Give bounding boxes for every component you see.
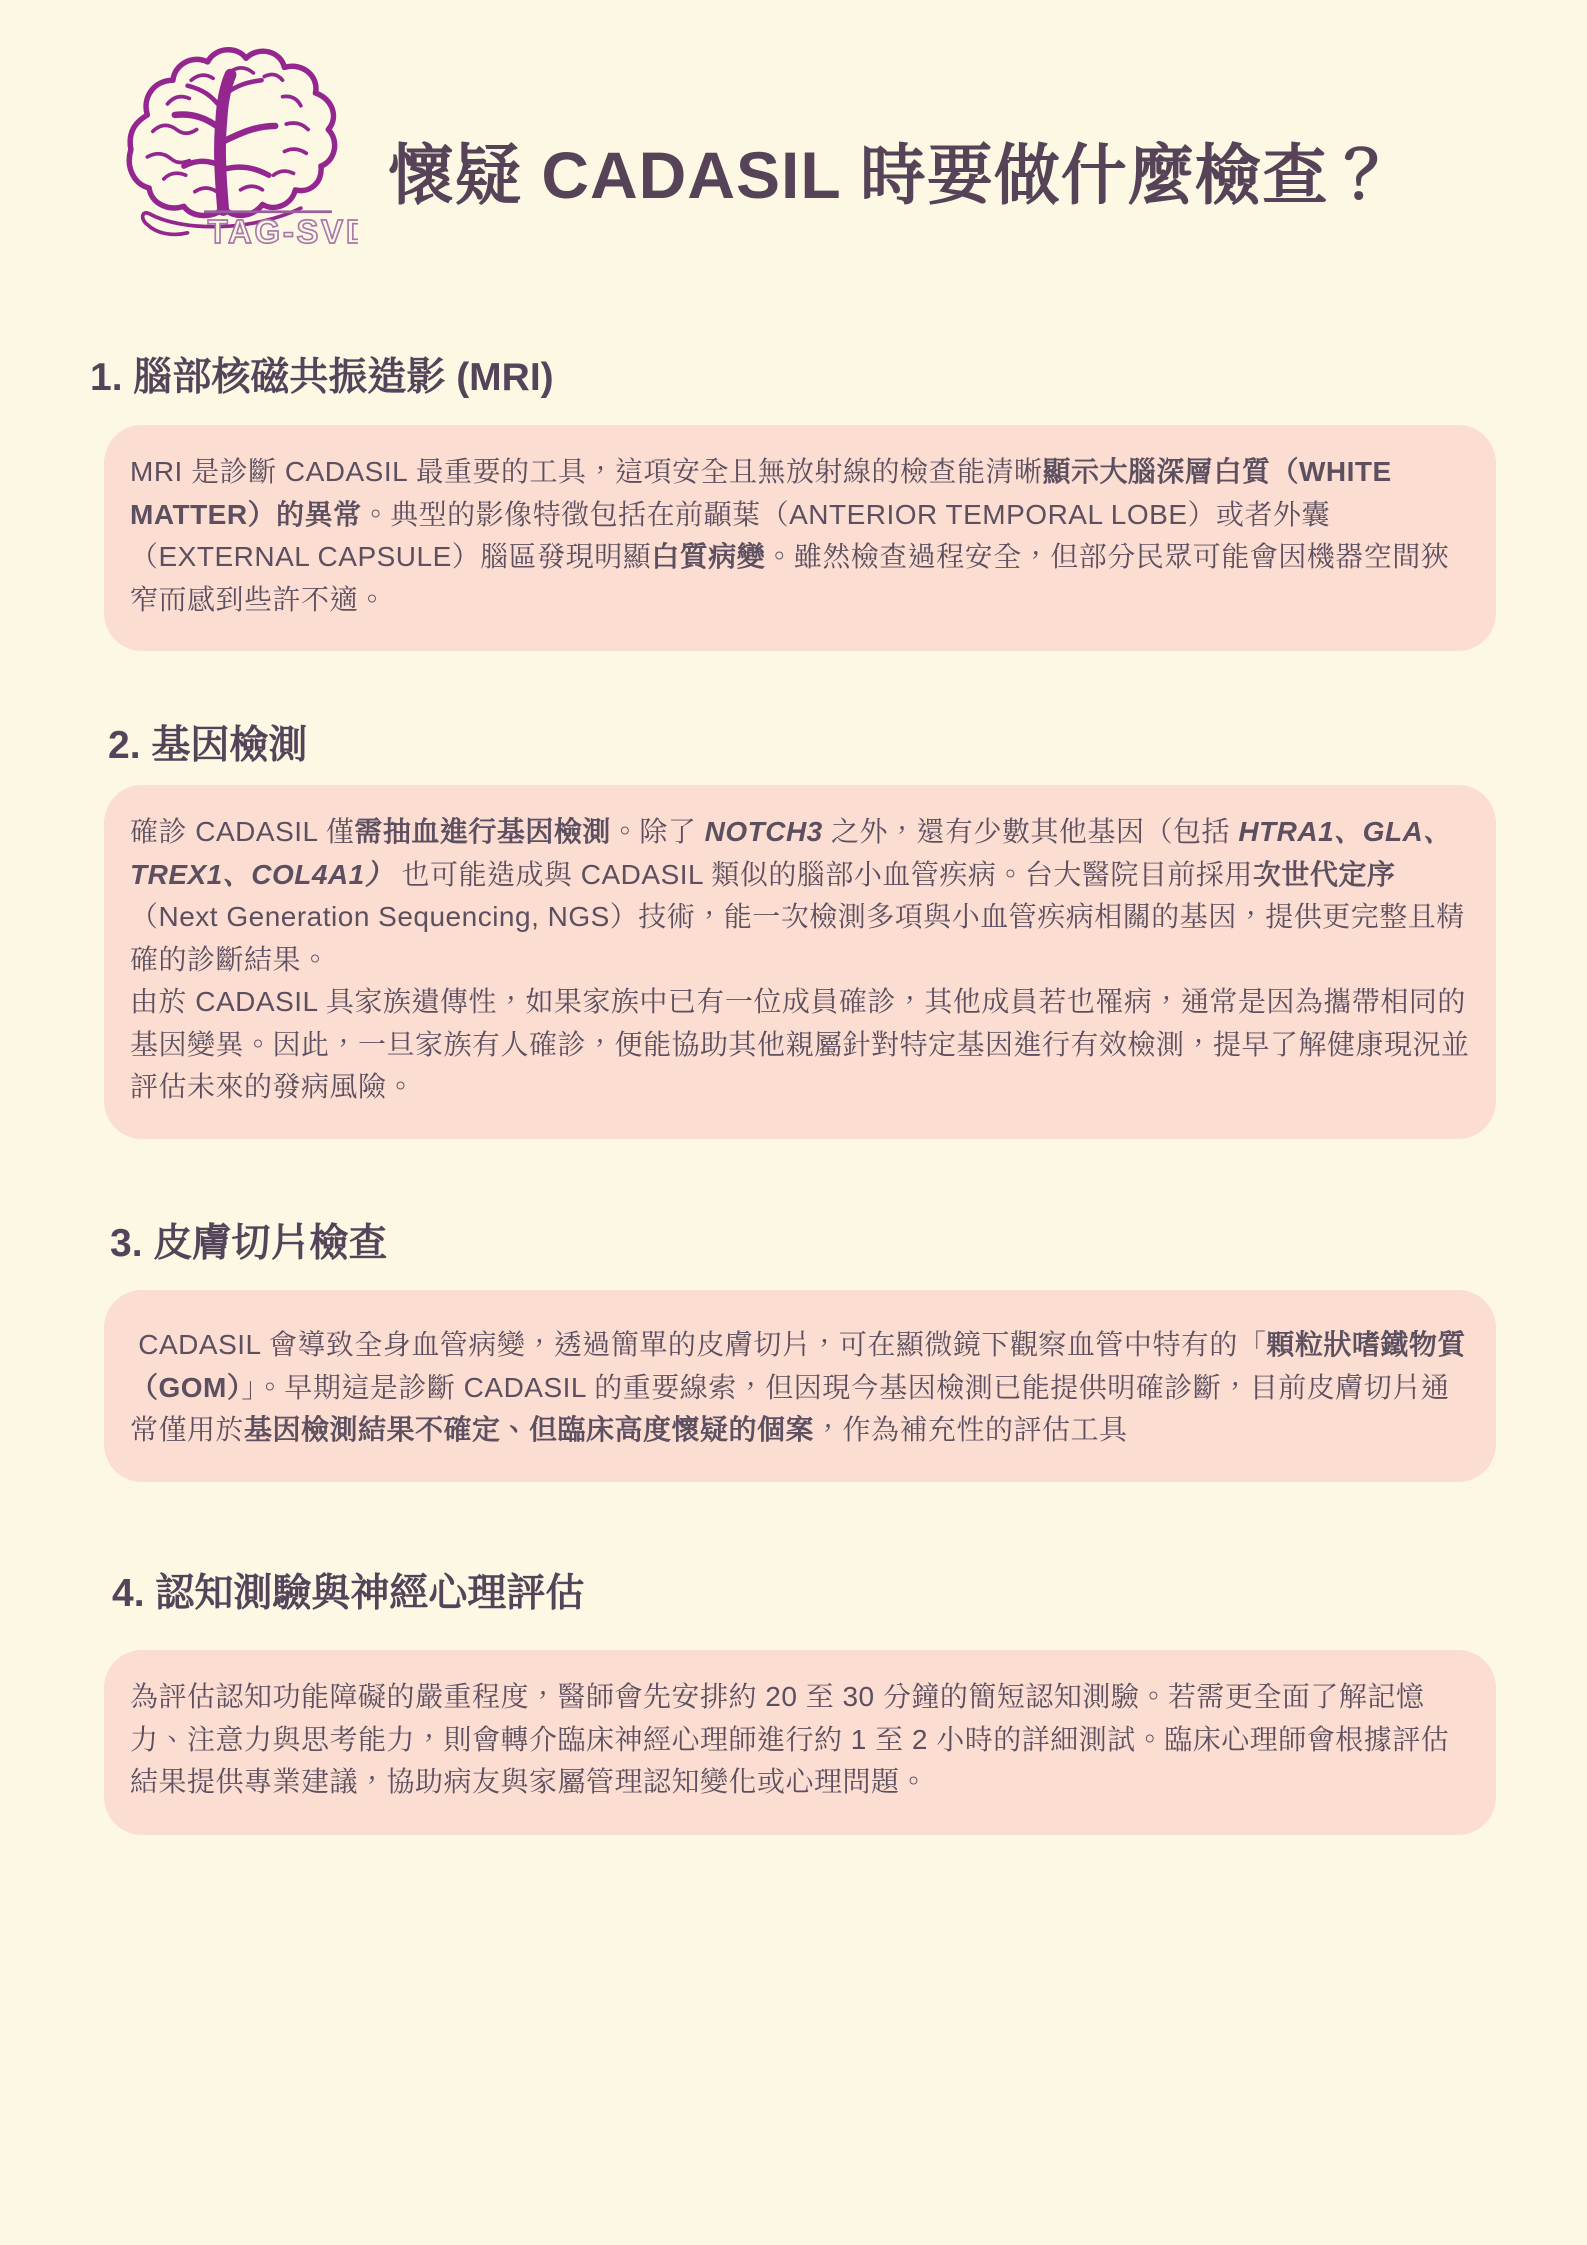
text-run: 基因檢測結果不確定、但臨床高度懷疑的個案	[244, 1414, 814, 1445]
card-paragraph: 為評估認知功能障礙的嚴重程度，醫師會先安排約 20 至 30 分鐘的簡短認知測驗…	[130, 1676, 1470, 1804]
brain-tree-logo: TAG-SVD	[92, 40, 358, 252]
text-run: 之外，還有少數其他基因（包括	[823, 816, 1239, 847]
card-cognitive-assessment: 為評估認知功能障礙的嚴重程度，醫師會先安排約 20 至 30 分鐘的簡短認知測驗…	[104, 1650, 1496, 1835]
section-heading-skin-biopsy: 3. 皮膚切片檢查	[110, 1212, 387, 1268]
text-run: （Next Generation Sequencing, NGS）技術，能一次檢…	[130, 901, 1465, 975]
brain-outline-icon	[129, 50, 334, 235]
text-run: 也可能造成與 CADASIL 類似的腦部小血管疾病。台大醫院目前採用	[393, 859, 1253, 890]
card-paragraph: 確診 CADASIL 僅需抽血進行基因檢測。除了 NOTCH3 之外，還有少數其…	[130, 811, 1470, 981]
page-title: 懷疑 CADASIL 時要做什麼檢查？	[388, 122, 1396, 217]
text-run: 確診 CADASIL 僅	[130, 816, 354, 847]
text-run: 次世代定序	[1253, 859, 1396, 890]
text-run: 。除了	[611, 816, 705, 847]
text-run: NOTCH3	[705, 816, 823, 847]
logo-wordmark: TAG-SVD	[208, 213, 358, 250]
card-paragraph: CADASIL 會導致全身血管病變，透過簡單的皮膚切片，可在顯微鏡下觀察血管中特…	[130, 1324, 1470, 1452]
section-heading-mri: 1. 腦部核磁共振造影 (MRI)	[90, 346, 554, 402]
text-run: 為評估認知功能障礙的嚴重程度，醫師會先安排約 20 至 30 分鐘的簡短認知測驗…	[130, 1681, 1449, 1797]
flyer-page: { "colors": { "background": "#FCF8E3", "…	[0, 0, 1587, 2245]
card-genetic-test: 確診 CADASIL 僅需抽血進行基因檢測。除了 NOTCH3 之外，還有少數其…	[104, 785, 1496, 1139]
card-skin-biopsy: CADASIL 會導致全身血管病變，透過簡單的皮膚切片，可在顯微鏡下觀察血管中特…	[104, 1290, 1496, 1482]
card-paragraph: MRI 是診斷 CADASIL 最重要的工具，這項安全且無放射線的檢查能清晰顯示…	[130, 451, 1470, 621]
card-paragraph: 由於 CADASIL 具家族遺傳性，如果家族中已有一位成員確診，其他成員若也罹病…	[130, 981, 1470, 1109]
text-run: 需抽血進行基因檢測	[354, 816, 611, 847]
text-run: CADASIL 會導致全身血管病變，透過簡單的皮膚切片，可在顯微鏡下觀察血管中特…	[130, 1329, 1266, 1360]
section-heading-genetic-test: 2. 基因檢測	[108, 714, 307, 770]
section-heading-cognitive-assessment: 4. 認知測驗與神經心理評估	[112, 1562, 584, 1618]
card-mri: MRI 是診斷 CADASIL 最重要的工具，這項安全且無放射線的檢查能清晰顯示…	[104, 425, 1496, 651]
text-run: 由於 CADASIL 具家族遺傳性，如果家族中已有一位成員確診，其他成員若也罹病…	[130, 986, 1470, 1102]
text-run: 白質病變	[651, 541, 765, 572]
text-run: MRI 是診斷 CADASIL 最重要的工具，這項安全且無放射線的檢查能清晰	[130, 456, 1042, 487]
text-run: ，作為補充性的評估工具	[814, 1414, 1128, 1445]
